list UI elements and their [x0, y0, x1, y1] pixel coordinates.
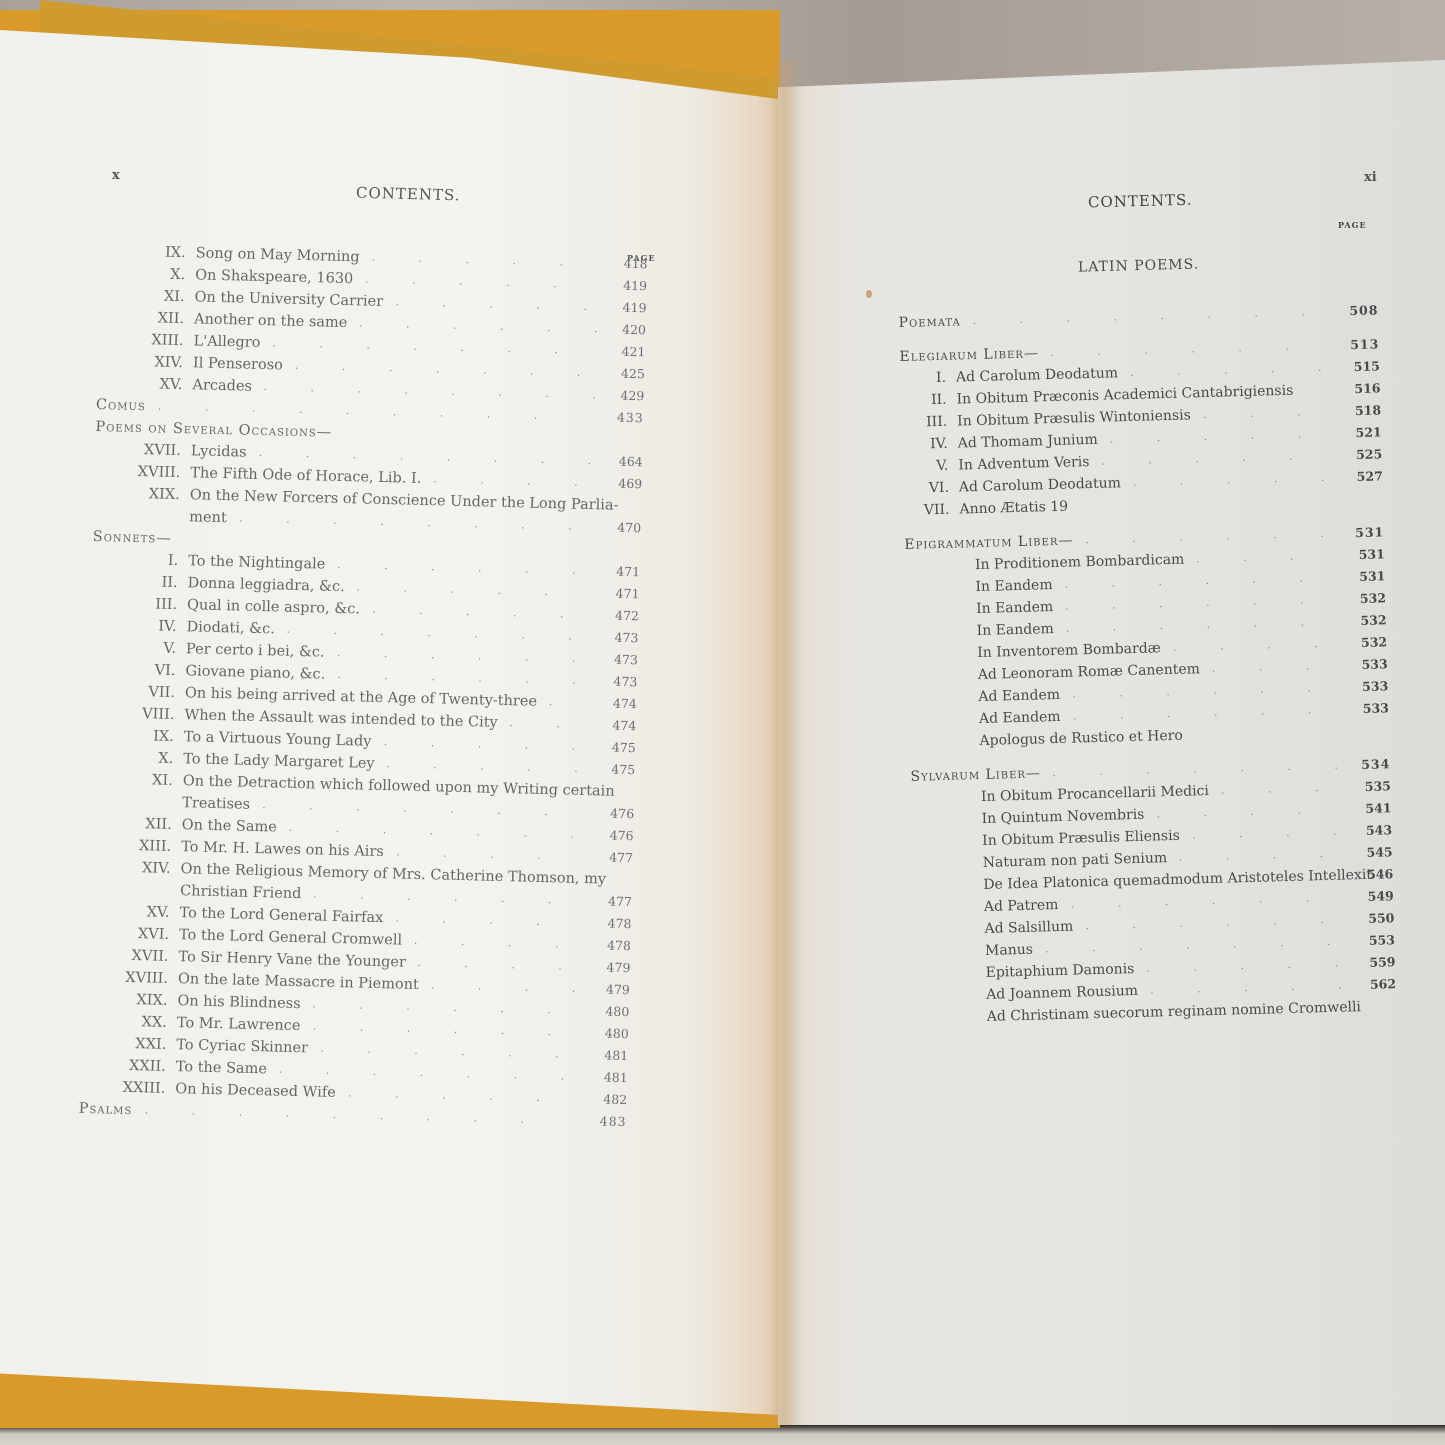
toc-entry-title: Ad Leonoram Romæ Canentem: [978, 661, 1201, 683]
toc-entry-title: To the Lord General Fairfax: [179, 905, 383, 926]
toc-entry-number: [916, 978, 962, 979]
toc-entry-number: III.: [901, 411, 948, 434]
toc-entry-page: 532: [1360, 609, 1387, 632]
toc-entry-title: Psalms: [79, 1101, 133, 1118]
toc-entry-page: 474: [612, 715, 636, 738]
toc-entry-number: XVII.: [95, 438, 182, 462]
toc-entry-number: XV.: [83, 900, 170, 924]
toc-entry-title: In Obitum Procancellarii Medici: [981, 783, 1209, 805]
toc-entry-number: IV.: [902, 433, 949, 456]
toc-entry-title: On his Deceased Wife: [175, 1081, 336, 1101]
toc-entry-page: 533: [1361, 653, 1388, 676]
right-running-head: CONTENTS.: [1088, 191, 1193, 212]
toc-entry-number: XV.: [96, 372, 183, 396]
left-contents-list: IX.Song on May Morning. . . . . . . . .4…: [78, 240, 647, 1133]
toc-entry-number: V.: [90, 636, 177, 660]
toc-entry-page: 516: [1354, 377, 1381, 400]
toc-entry-number: [910, 746, 956, 747]
toc-entry-page: 545: [1366, 841, 1393, 864]
toc-entry-page: 475: [611, 759, 635, 782]
toc-entry-title: To Cyriac Skinner: [176, 1037, 308, 1056]
toc-entry-number: [86, 805, 172, 807]
toc-entry-page: 421: [621, 341, 645, 364]
latin-poems-heading: LATIN POEMS.: [1078, 256, 1200, 275]
toc-entry-number: VII.: [903, 499, 950, 522]
toc-entry-page: 420: [622, 319, 646, 342]
toc-entry-number: I.: [92, 548, 179, 572]
toc-entry-number: [909, 702, 955, 703]
toc-entry-title: Arcades: [192, 377, 252, 394]
toc-entry-page: 532: [1360, 587, 1387, 610]
wooden-surface: [0, 1425, 1445, 1445]
toc-entry-title: In Obitum Præsulis Eliensis: [982, 828, 1180, 849]
toc-entry-page: 464: [619, 451, 643, 474]
toc-entry-page: 525: [1356, 443, 1383, 466]
toc-entry-page: 478: [607, 913, 631, 936]
toc-entry-title: In Quintum Novembris: [981, 807, 1144, 827]
toc-entry-number: [914, 912, 960, 913]
toc-entry-number: [915, 956, 961, 957]
toc-entry-number: [911, 802, 957, 803]
toc-entry-page: 483: [599, 1110, 626, 1133]
toc-entry-page: 419: [622, 297, 646, 320]
toc-entry-title: Anno Ætatis 19: [959, 499, 1068, 518]
leader-dots: . . . . . . . . .: [972, 301, 1330, 332]
toc-entry-title: To Mr. H. Lawes on his Airs: [181, 839, 384, 860]
toc-entry-number: [909, 724, 955, 725]
toc-entry-title: Diodati, &c.: [186, 619, 275, 637]
toc-entry-title: Qual in colle aspro, &c.: [187, 597, 360, 617]
toc-entry-page: 476: [609, 825, 633, 848]
toc-entry-number: XIV.: [97, 350, 184, 374]
toc-entry-page: 473: [614, 627, 638, 650]
toc-entry-title: Sonnets—: [93, 529, 172, 547]
toc-entry-page: 471: [616, 561, 640, 584]
toc-section-entry: Poemata. . . . . . . . .508: [898, 299, 1378, 334]
toc-entry-title: In Eandem: [976, 599, 1054, 617]
toc-entry-number: [917, 1022, 963, 1023]
toc-entry-number: V.: [902, 455, 949, 478]
toc-entry-number: XXI.: [80, 1032, 167, 1056]
toc-entry-number: [907, 636, 953, 637]
toc-entry-page: 521: [1355, 421, 1382, 444]
toc-entry-page: 543: [1366, 819, 1393, 842]
toc-entry-title: Epigrammatum Liber—: [904, 532, 1073, 552]
toc-entry-number: XII.: [85, 812, 172, 836]
toc-entry-page: 471: [615, 583, 639, 606]
toc-entry-number: [93, 519, 179, 521]
toc-entry-page: 479: [606, 979, 630, 1002]
toc-entry-page: 472: [615, 605, 639, 628]
toc-entry-number: XIV.: [84, 856, 171, 880]
toc-entry-title: In Inventorem Bombardæ: [977, 640, 1161, 661]
toc-entry-page: 474: [613, 693, 637, 716]
toc-entry-page: 429: [620, 385, 644, 408]
toc-entry-title: The Fifth Ode of Horace, Lib. I.: [190, 465, 421, 487]
toc-entry-page: 531: [1355, 521, 1385, 544]
toc-entry-title: Epitaphium Damonis: [985, 961, 1134, 981]
toc-entry-title: Christian Friend: [180, 883, 302, 902]
toc-entry-page: 559: [1369, 951, 1396, 974]
toc-entry-page: 508: [1349, 299, 1379, 322]
toc-entry-page: 527: [1356, 465, 1383, 488]
toc-entry-title: Lycidas: [191, 443, 247, 460]
toc-entry-page: 475: [612, 737, 636, 760]
toc-entry-page: 481: [604, 1045, 628, 1068]
toc-entry-number: XX.: [81, 1010, 168, 1034]
toc-entry-number: XVIII.: [94, 460, 181, 484]
toc-entry-title: Ad Carolum Deodatum: [959, 475, 1121, 495]
toc-entry-page: 531: [1358, 543, 1385, 566]
toc-entry-title: Donna leggiadra, &c.: [187, 575, 344, 595]
toc-entry-number: II.: [900, 389, 947, 412]
toc-entry-page: 477: [609, 847, 633, 870]
toc-entry-number: VII.: [89, 680, 176, 704]
toc-entry-number: XI.: [98, 284, 185, 308]
toc-entry-page: 535: [1365, 775, 1392, 798]
toc-entry-page: 532: [1361, 631, 1388, 654]
toc-entry-page: 481: [604, 1067, 628, 1090]
toc-entry-title: Giovane piano, &c.: [185, 663, 325, 682]
toc-entry-page: 469: [618, 473, 642, 496]
toc-entry-number: [906, 614, 952, 615]
toc-entry-title: To Sir Henry Vane the Younger: [178, 949, 406, 971]
toc-entry-number: XVII.: [82, 944, 169, 968]
toc-entry-number: II.: [91, 570, 178, 594]
toc-entry-number: [907, 658, 953, 659]
toc-entry-number: IV.: [90, 614, 177, 638]
toc-entry-title: To the Lady Margaret Ley: [183, 751, 375, 772]
toc-entry-page: 477: [608, 891, 632, 914]
toc-entry-page: 425: [621, 363, 645, 386]
toc-entry-page: 419: [623, 275, 647, 298]
toc-entry-page: 541: [1365, 797, 1392, 820]
toc-entry-title: On his Blindness: [177, 993, 301, 1012]
toc-entry-page: 533: [1362, 675, 1389, 698]
toc-entry-number: XVIII.: [82, 966, 169, 990]
toc-entry-title: Naturam non pati Senium: [983, 850, 1168, 871]
toc-entry-title: In Eandem: [975, 577, 1053, 595]
toc-entry-title: Ad Patrem: [984, 897, 1059, 915]
toc-entry-page: 478: [607, 935, 631, 958]
toc-entry-number: XIII.: [85, 834, 172, 858]
toc-entry-title: Apologus de Rustico et Hero: [979, 728, 1183, 749]
toc-entry-number: X.: [87, 746, 174, 770]
toc-entry-page: 518: [1355, 399, 1382, 422]
toc-entry-title: Elegiarum Liber—: [899, 345, 1039, 365]
toc-entry-number: VI.: [89, 658, 176, 682]
toc-entry-number: [905, 570, 951, 571]
toc-entry-title: Ad Thomam Junium: [958, 432, 1098, 452]
toc-entry-title: Poemata: [898, 313, 961, 331]
toc-entry-title: L'Allegro: [193, 333, 260, 351]
toc-entry-number: [913, 890, 959, 891]
toc-entry-page: 476: [610, 803, 634, 826]
toc-entry-number: [913, 868, 959, 869]
toc-entry-title: On the Same: [182, 817, 277, 835]
toc-entry-page: 546: [1367, 863, 1394, 886]
toc-entry-number: XIII.: [97, 328, 184, 352]
toc-entry-number: [906, 592, 952, 593]
toc-entry-title: Ad Joannem Rousium: [986, 983, 1138, 1003]
toc-entry-page: 562: [1370, 973, 1397, 996]
toc-entry-page: 549: [1367, 885, 1394, 908]
right-page-column-label: PAGE: [1338, 220, 1367, 230]
leader-dots: . . . . . . . . .: [1221, 777, 1344, 802]
toc-entry-page: 473: [613, 671, 637, 694]
toc-entry-number: XIX.: [94, 482, 181, 506]
toc-entry-page: 433: [617, 407, 644, 430]
toc-entry-page: 480: [605, 1001, 629, 1024]
toc-entry-title: Ad Eandem: [979, 709, 1061, 727]
toc-entry-title: Ad Carolum Deodatum: [956, 365, 1118, 385]
toc-entry-title: To the Nightingale: [188, 553, 325, 572]
toc-entry-page: 513: [1350, 333, 1380, 356]
toc-entry-title: In Adventum Veris: [958, 454, 1089, 473]
toc-entry-title: Per certo i bei, &c.: [186, 641, 325, 660]
toc-entry-title: Manus: [985, 942, 1033, 959]
toc-entry-number: VIII.: [88, 702, 175, 726]
toc-entry-title: Poems on Several Occasions—: [95, 419, 332, 441]
toc-entry-number: XXIII.: [79, 1076, 166, 1100]
toc-entry-number: [908, 680, 954, 681]
toc-entry-title: ment: [189, 509, 227, 526]
toc-entry-page: 479: [606, 957, 630, 980]
toc-entry-page: 482: [603, 1089, 627, 1112]
toc-entry-title: To Mr. Lawrence: [177, 1015, 301, 1034]
toc-entry-page: 534: [1361, 753, 1391, 776]
toc-entry-page: 473: [614, 649, 638, 672]
left-folio: x: [112, 168, 120, 183]
toc-entry-number: XXII.: [80, 1054, 167, 1078]
leader-dots: . . . . . . . . .: [549, 691, 590, 714]
toc-entry-number: [84, 893, 170, 895]
toc-entry-number: [916, 1000, 962, 1001]
left-running-head: CONTENTS.: [356, 184, 461, 205]
right-contents-list: Poemata. . . . . . . . .508Elegiarum Lib…: [898, 287, 1397, 1029]
toc-entry-title: Sylvarum Liber—: [910, 765, 1041, 784]
toc-entry-title: Song on May Morning: [196, 245, 360, 265]
leader-dots: . . . . . . . . .: [509, 712, 589, 736]
toc-entry-page: 531: [1359, 565, 1386, 588]
toc-entry-number: IX.: [88, 724, 175, 748]
toc-entry-number: [915, 934, 961, 935]
toc-entry-number: [912, 846, 958, 847]
toc-entry-page: 533: [1362, 697, 1389, 720]
toc-entry-title: Treatises: [182, 795, 250, 813]
toc-entry-number: XI.: [87, 768, 174, 792]
toc-entry-title: Il Penseroso: [193, 355, 283, 373]
toc-entry-number: IX.: [99, 240, 186, 264]
toc-entry-page: 418: [623, 253, 647, 276]
toc-entry-title: To a Virtuous Young Lady: [184, 729, 372, 750]
toc-entry-title: On the University Carrier: [194, 289, 383, 310]
toc-entry-number: III.: [91, 592, 178, 616]
toc-entry-number: [912, 824, 958, 825]
toc-entry-number: XVI.: [83, 922, 170, 946]
toc-entry-page: 480: [605, 1023, 629, 1046]
toc-entry-title: To the Lord General Cromwell: [179, 927, 402, 948]
toc-entry-page: 470: [617, 517, 641, 540]
toc-entry-number: X.: [99, 262, 186, 286]
toc-entry-number: XIX.: [81, 988, 168, 1012]
toc-entry-title: In Obitum Præsulis Wintoniensis: [957, 407, 1191, 429]
toc-entry-title: Ad Eandem: [978, 687, 1060, 705]
toc-entry-title: In Eandem: [976, 621, 1054, 639]
book-gutter: [770, 60, 800, 1425]
toc-entry-title: Comus: [96, 397, 146, 414]
toc-entry-title: On Shakspeare, 1630: [195, 267, 353, 287]
toc-entry-number: VI.: [903, 477, 950, 500]
right-folio: xi: [1364, 170, 1377, 185]
toc-entry-number: I.: [900, 367, 947, 390]
toc-entry-title: Another on the same: [194, 311, 348, 331]
paper-stain: [866, 290, 872, 298]
toc-entry-page: 550: [1368, 907, 1395, 930]
toc-entry-title: In Proditionem Bombardicam: [975, 552, 1185, 573]
toc-entry-title: On the late Massacre in Piemont: [178, 971, 419, 993]
toc-entry-number: XII.: [98, 306, 185, 330]
toc-entry-title: Ad Salsillum: [984, 919, 1073, 937]
toc-entry-title: To the Same: [176, 1059, 268, 1077]
toc-entry-page: 515: [1354, 355, 1381, 378]
toc-entry-page: 553: [1369, 929, 1396, 952]
